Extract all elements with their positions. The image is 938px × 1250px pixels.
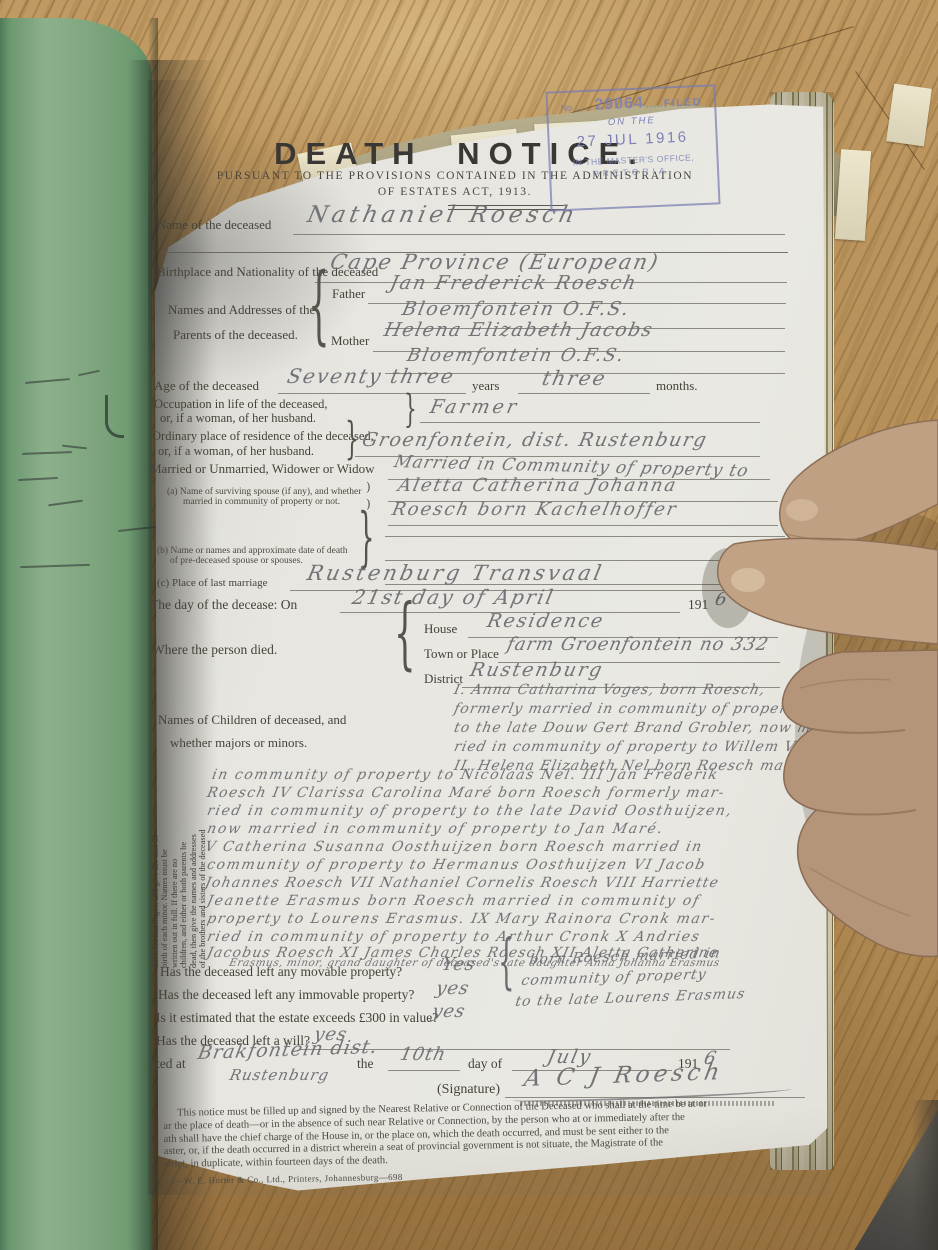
name-value: Nathaniel Roesch	[305, 202, 581, 228]
hand-holding-page	[690, 398, 938, 958]
stamp-filed-label: FILED	[664, 96, 702, 110]
occupation-brace: }	[404, 385, 417, 431]
children-margin-note: different marriages, and give the date o…	[151, 762, 207, 968]
estate-question-label: Is it estimated that the estate exceeds …	[156, 1010, 438, 1026]
where-died-brace: {	[394, 588, 416, 680]
birthplace-value: Cape Province (European)	[328, 250, 662, 274]
last-marriage-value: Rustenburg Transvaal	[305, 561, 606, 585]
father-name-value: Jan Frederick Roesch	[388, 272, 640, 294]
children-line: Roesch IV Clarissa Carolina Maré born Ro…	[205, 784, 727, 803]
margin-note-line: written out in full. If there are no	[170, 762, 179, 968]
torn-page-corner	[886, 84, 932, 147]
photo-death-notice-document: No. 29064 FILED ON THE 27 JUL 1916 IN TH…	[0, 0, 938, 1250]
immovable-question-label: Has the deceased left any immovable prop…	[158, 987, 414, 1003]
side-note-brace: {	[498, 929, 515, 998]
immovable-answer: yes	[434, 978, 472, 999]
house-label: House	[424, 621, 457, 637]
occupation-label2: or, if a woman, of her husband.	[160, 411, 316, 426]
children-line: community of property to Hermanus Oosthu…	[205, 856, 708, 875]
residence-label2: or, if a woman, of her husband.	[158, 444, 314, 459]
occupation-label1: Occupation in life of the deceased,	[154, 397, 328, 412]
where-died-label: Where the person died.	[152, 642, 277, 658]
stamp-date: 27 JUL 1916	[553, 128, 712, 152]
name-label: Name of the deceased	[157, 217, 271, 233]
margin-note-line: birth of each minor. Names must be	[160, 762, 169, 968]
occupation-value: Farmer	[428, 396, 521, 418]
children-label2: whether majors or minors.	[170, 735, 307, 751]
table-edge-shadow	[912, 1100, 938, 1250]
predeceased-label2: of pre-deceased spouse or spouses.	[170, 556, 303, 566]
age-label: Age of the deceased	[154, 378, 259, 394]
spouse-paren1: )	[366, 480, 371, 494]
dated-day: 10th	[398, 1044, 448, 1065]
children-line: property to Lourens Erasmus. IX Mary Rai…	[205, 910, 718, 929]
pencil-mark	[105, 395, 124, 438]
torn-page-edge	[835, 149, 871, 241]
movable-answer: Yes	[440, 954, 478, 975]
spouse-label1: (a) Name of surviving spouse (if any), a…	[167, 487, 361, 497]
predeceased-label1: (b) Name or names and approximate date o…	[157, 546, 347, 556]
residence-label1: Ordinary place of residence of the decea…	[152, 429, 374, 444]
dated-place2: Rustenburg	[228, 1066, 331, 1084]
spouse-label2: married in community of property or not.	[183, 497, 340, 507]
children-label1: Names of Children of deceased, and	[158, 712, 346, 728]
residence-brace: }	[345, 416, 359, 466]
children-line: Johannes Roesch VII Nathaniel Cornelis R…	[203, 874, 721, 893]
mother-label: Mother	[331, 333, 369, 349]
children-line: now married in community of property to …	[205, 820, 666, 839]
stamp-no-label: No.	[560, 103, 574, 114]
filing-stamp: No. 29064 FILED ON THE 27 JUL 1916 IN TH…	[545, 84, 720, 211]
children-line: V Catherina Susanna Oosthuijzen born Roe…	[203, 838, 705, 857]
movable-question-label: Has the deceased left any movable proper…	[160, 964, 402, 980]
district-value: Rustenburg	[468, 659, 606, 681]
married-label: Married or Unmarried, Widower or Widow	[150, 461, 374, 477]
father-label: Father	[332, 286, 365, 302]
house-value: Residence	[485, 610, 607, 632]
margin-note-line: children, and either or both parents be	[179, 762, 188, 968]
decease-day-value: 21st day of April	[350, 585, 557, 609]
parents-label2: Parents of the deceased.	[173, 327, 298, 343]
dated-the-label: the	[357, 1056, 374, 1072]
margin-note-line: dead, then give the names and addresses	[189, 762, 198, 968]
age-months-value: three	[540, 366, 609, 390]
last-marriage-label: (c) Place of last marriage	[157, 577, 268, 589]
dated-day-of-label: day of	[468, 1056, 502, 1072]
age-years-value: Seventy three	[285, 364, 458, 388]
months-label: months.	[656, 378, 698, 394]
father-address-value: Bloemfontein O.F.S.	[400, 298, 633, 320]
mother-name-value: Helena Elizabeth Jacobs	[382, 319, 656, 341]
stamp-dots	[576, 101, 592, 111]
parents-label1: Names and Addresses of the	[168, 302, 315, 318]
margin-note-line: of the brothers and sisters of the decea…	[198, 762, 207, 968]
children-line: Jeanette Erasmus born Roesch married in …	[205, 892, 702, 911]
estate-answer: yes	[430, 1001, 468, 1022]
margin-note-line: different marriages, and give the date o…	[151, 762, 160, 968]
spouse-value-line1: Aletta Catherina Johanna	[396, 475, 679, 496]
years-label: years	[472, 378, 499, 394]
stamp-number: 29064	[594, 94, 644, 114]
spouse-value-line2: Roesch born Kachelhoffer	[390, 499, 680, 520]
residence-value: Groenfontein, dist. Rustenburg	[360, 429, 710, 451]
mother-address-value: Bloemfontein O.F.S.	[405, 345, 627, 366]
footer-paragraph: This notice must be filled up and signed…	[163, 1097, 816, 1172]
parents-brace: {	[308, 256, 330, 356]
children-line: in community of property to Nicolaas Nel…	[210, 766, 721, 785]
stamp-dots	[646, 98, 662, 108]
dated-prefix: ated at	[150, 1056, 186, 1072]
decease-day-label: The day of the decease: On	[150, 597, 297, 613]
signature-label: (Signature)	[437, 1082, 500, 1098]
children-line: ried in community of property to the lat…	[205, 802, 734, 821]
